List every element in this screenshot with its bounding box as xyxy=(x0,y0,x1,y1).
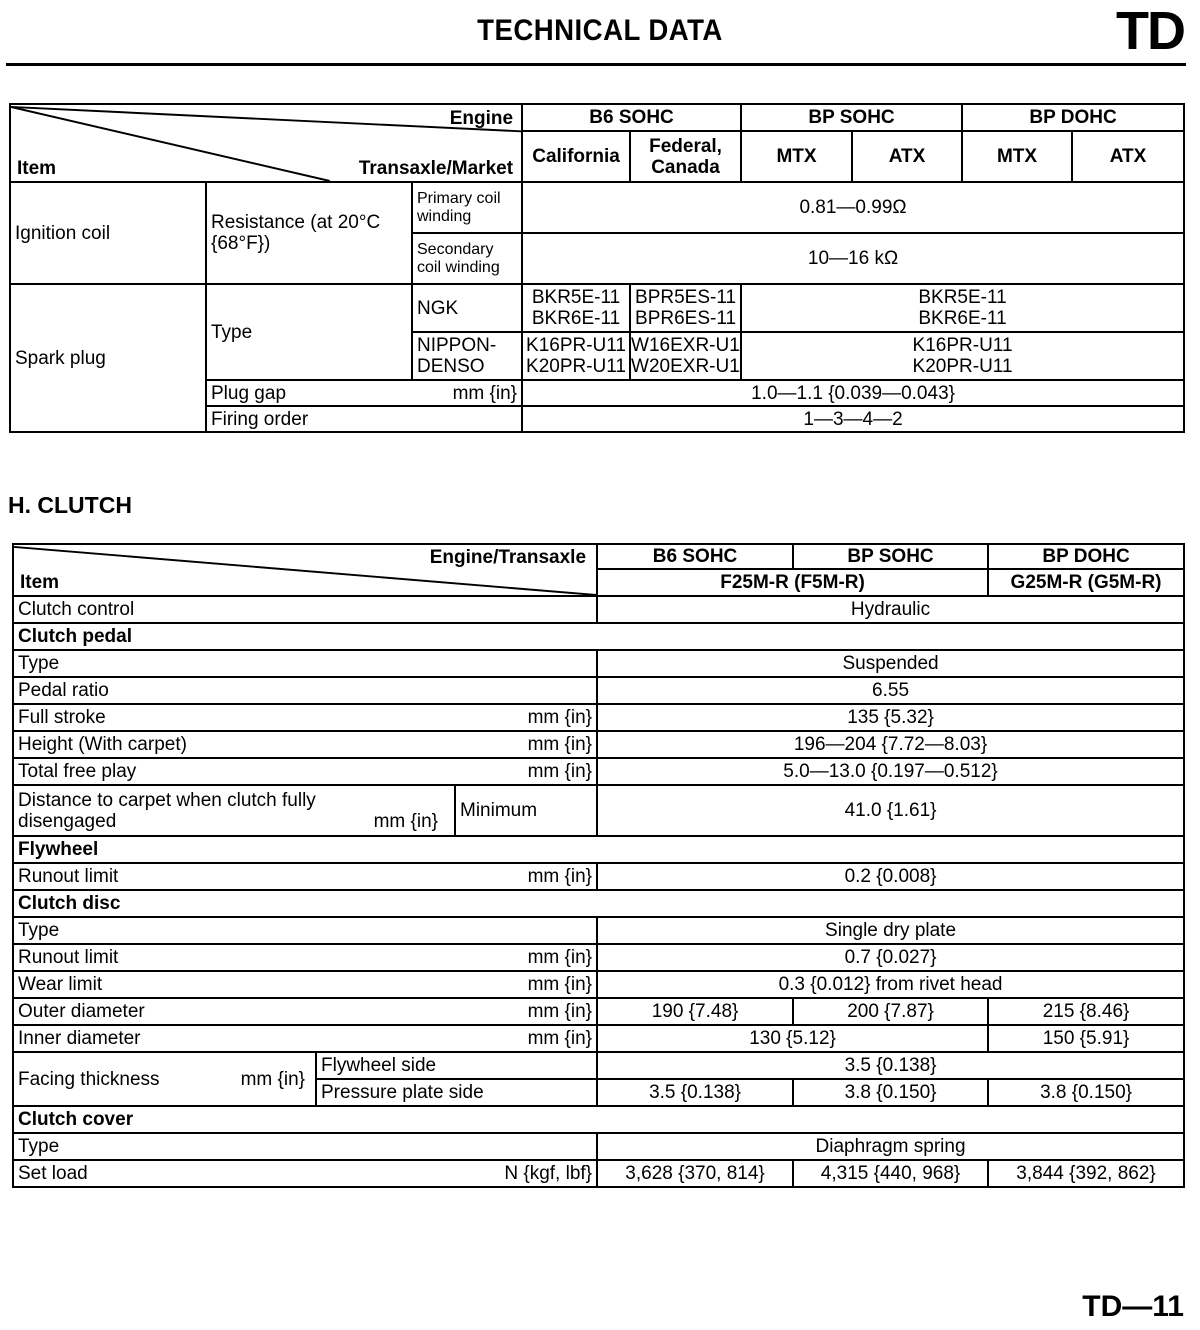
nd-california-cell: K16PR-U11K20PR-U11 xyxy=(522,332,630,380)
facing-pressure-bp-sohc: 3.8 {0.150} xyxy=(793,1079,988,1106)
clutch-table: Engine/Transaxle Item B6 SOHC BP SOHC BP… xyxy=(12,543,1185,1188)
engine-header-b6-sohc: B6 SOHC xyxy=(597,544,793,569)
table-corner-header: Engine Transaxle/Market Item xyxy=(10,104,522,182)
disc-runout-label: Runout limit xyxy=(18,947,118,968)
ngk-label: NGK xyxy=(412,284,522,332)
height-label: Height (With carpet) xyxy=(18,734,187,755)
clutch-corner-header: Engine/Transaxle Item xyxy=(13,544,597,596)
unit-label: N {kgf, lbf} xyxy=(504,1163,592,1184)
section-heading-clutch: H. CLUTCH xyxy=(8,492,132,519)
inner-diameter-dohc: 150 {5.91} xyxy=(988,1025,1184,1052)
distance-label-line1: Distance to carpet when clutch fully xyxy=(18,790,450,811)
unit-label: mm {in} xyxy=(528,1028,592,1049)
distance-minimum-label: Minimum xyxy=(455,785,597,836)
primary-coil-label: Primary coil winding xyxy=(412,182,522,233)
plug-code: W20EXR-U11 xyxy=(631,356,740,377)
pedal-ratio-value: 6.55 xyxy=(597,677,1184,704)
plug-code: K16PR-U11 xyxy=(746,335,1179,356)
unit-label: mm {in} xyxy=(241,1069,305,1090)
disc-type-label: Type xyxy=(13,917,597,944)
facing-flywheel-label: Flywheel side xyxy=(316,1052,597,1079)
unit-label: mm {in} xyxy=(374,811,438,832)
height-value: 196—204 {7.72—8.03} xyxy=(597,731,1184,758)
engine-header-bp-sohc: BP SOHC xyxy=(741,104,962,131)
distance-value: 41.0 {1.61} xyxy=(597,785,1184,836)
flywheel-runout-label-cell: Runout limitmm {in} xyxy=(13,863,597,890)
plug-code: BKR6E-11 xyxy=(746,308,1179,329)
engine-header-bp-sohc: BP SOHC xyxy=(793,544,988,569)
subsection-flywheel: Flywheel xyxy=(13,836,1184,863)
free-play-label-cell: Total free playmm {in} xyxy=(13,758,597,785)
spark-plug-label: Spark plug xyxy=(10,284,206,432)
wear-limit-label-cell: Wear limitmm {in} xyxy=(13,971,597,998)
transaxle-header-f25m: F25M-R (F5M-R) xyxy=(597,569,988,596)
distance-label-line2: disengaged xyxy=(18,811,116,832)
nippondenso-label: NIPPON-DENSO xyxy=(412,332,522,380)
unit-label: mm {in} xyxy=(528,707,592,728)
ignition-spark-table: Engine Transaxle/Market Item B6 SOHC BP … xyxy=(9,103,1185,433)
height-label-cell: Height (With carpet)mm {in} xyxy=(13,731,597,758)
plug-code: BPR5ES-11 xyxy=(631,287,740,308)
unit-label: mm {in} xyxy=(528,761,592,782)
pedal-type-label: Type xyxy=(13,650,597,677)
subsection-clutch-cover: Clutch cover xyxy=(13,1106,1184,1133)
flywheel-runout-label: Runout limit xyxy=(18,866,118,887)
full-stroke-label: Full stroke xyxy=(18,707,106,728)
cover-type-value: Diaphragm spring xyxy=(597,1133,1184,1160)
ngk-federal-cell: BPR5ES-11BPR6ES-11 xyxy=(630,284,741,332)
plug-code: BKR5E-11 xyxy=(746,287,1179,308)
unit-label: mm {in} xyxy=(528,947,592,968)
secondary-coil-value: 10—16 kΩ xyxy=(522,233,1184,284)
plug-code: BKR6E-11 xyxy=(523,308,629,329)
set-load-bp-dohc: 3,844 {392, 862} xyxy=(988,1160,1184,1187)
set-load-label-cell: Set loadN {kgf, lbf} xyxy=(13,1160,597,1187)
nd-federal-cell: W16EXR-U11W20EXR-U11 xyxy=(630,332,741,380)
corner-transaxle-label: Transaxle/Market xyxy=(359,158,513,179)
section-code: TD xyxy=(1116,0,1184,62)
outer-diameter-bp-dohc: 215 {8.46} xyxy=(988,998,1184,1025)
page-number: TD—11 xyxy=(1082,1290,1184,1324)
ignition-coil-label: Ignition coil xyxy=(10,182,206,284)
plug-code: K16PR-U11 xyxy=(523,335,629,356)
plug-code: BKR5E-11 xyxy=(523,287,629,308)
nd-bp-cell: K16PR-U11K20PR-U11 xyxy=(741,332,1184,380)
wear-limit-label: Wear limit xyxy=(18,974,102,995)
facing-pressure-b6: 3.5 {0.138} xyxy=(597,1079,793,1106)
corner-item-label: Item xyxy=(20,572,59,593)
facing-thickness-label: Facing thickness xyxy=(18,1069,160,1090)
unit-label: mm {in} xyxy=(528,1001,592,1022)
wear-limit-value: 0.3 {0.012} from rivet head xyxy=(597,971,1184,998)
outer-diameter-label-cell: Outer diametermm {in} xyxy=(13,998,597,1025)
outer-diameter-bp-sohc: 200 {7.87} xyxy=(793,998,988,1025)
inner-diameter-label: Inner diameter xyxy=(18,1028,141,1049)
clutch-control-value: Hydraulic xyxy=(597,596,1184,623)
plug-code: K20PR-U11 xyxy=(746,356,1179,377)
facing-pressure-label: Pressure plate side xyxy=(316,1079,597,1106)
distance-label-cell: Distance to carpet when clutch fully dis… xyxy=(13,785,455,836)
pedal-ratio-label: Pedal ratio xyxy=(13,677,597,704)
plug-gap-unit: mm {in} xyxy=(453,383,517,404)
cover-type-label: Type xyxy=(13,1133,597,1160)
page-title: TECHNICAL DATA xyxy=(48,14,1152,48)
plug-code: BPR6ES-11 xyxy=(631,308,740,329)
engine-header-bp-dohc: BP DOHC xyxy=(988,544,1184,569)
resistance-label: Resistance (at 20°C {68°F}) xyxy=(206,182,412,284)
column-header-bp-dohc-mtx: MTX xyxy=(962,131,1072,182)
facing-flywheel-value: 3.5 {0.138} xyxy=(597,1052,1184,1079)
set-load-bp-sohc: 4,315 {440, 968} xyxy=(793,1160,988,1187)
full-stroke-label-cell: Full strokemm {in} xyxy=(13,704,597,731)
engine-header-b6-sohc: B6 SOHC xyxy=(522,104,741,131)
free-play-value: 5.0—13.0 {0.197—0.512} xyxy=(597,758,1184,785)
facing-pressure-bp-dohc: 3.8 {0.150} xyxy=(988,1079,1184,1106)
spark-plug-type-label: Type xyxy=(206,284,412,380)
ngk-bp-cell: BKR5E-11BKR6E-11 xyxy=(741,284,1184,332)
pedal-type-value: Suspended xyxy=(597,650,1184,677)
transaxle-header-g25m: G25M-R (G5M-R) xyxy=(988,569,1184,596)
inner-diameter-label-cell: Inner diametermm {in} xyxy=(13,1025,597,1052)
outer-diameter-b6: 190 {7.48} xyxy=(597,998,793,1025)
facing-thickness-label-cell: Facing thicknessmm {in} xyxy=(13,1052,316,1106)
flywheel-runout-value: 0.2 {0.008} xyxy=(597,863,1184,890)
full-stroke-value: 135 {5.32} xyxy=(597,704,1184,731)
firing-order-label: Firing order xyxy=(206,406,522,432)
clutch-control-label: Clutch control xyxy=(13,596,597,623)
column-header-california: California xyxy=(522,131,630,182)
corner-item-label: Item xyxy=(17,158,56,179)
inner-diameter-sohc: 130 {5.12} xyxy=(597,1025,988,1052)
unit-label: mm {in} xyxy=(528,866,592,887)
unit-label: mm {in} xyxy=(528,734,592,755)
plug-gap-label: Plug gap xyxy=(211,383,286,404)
engine-header-bp-dohc: BP DOHC xyxy=(962,104,1184,131)
set-load-b6: 3,628 {370, 814} xyxy=(597,1160,793,1187)
plug-gap-value: 1.0—1.1 {0.039—0.043} xyxy=(522,380,1184,406)
free-play-label: Total free play xyxy=(18,761,136,782)
set-load-label: Set load xyxy=(18,1163,88,1184)
secondary-coil-label: Secondary coil winding xyxy=(412,233,522,284)
ngk-california-cell: BKR5E-11BKR6E-11 xyxy=(522,284,630,332)
column-header-bp-sohc-atx: ATX xyxy=(852,131,962,182)
corner-engine-transaxle-label: Engine/Transaxle xyxy=(430,547,586,568)
disc-runout-value: 0.7 {0.027} xyxy=(597,944,1184,971)
outer-diameter-label: Outer diameter xyxy=(18,1001,145,1022)
unit-label: mm {in} xyxy=(528,974,592,995)
header-divider xyxy=(6,63,1186,66)
plug-code: K20PR-U11 xyxy=(523,356,629,377)
plug-gap-label-cell: Plug gapmm {in} xyxy=(206,380,522,406)
column-header-bp-sohc-mtx: MTX xyxy=(741,131,852,182)
primary-coil-value: 0.81—0.99Ω xyxy=(522,182,1184,233)
disc-runout-label-cell: Runout limitmm {in} xyxy=(13,944,597,971)
disc-type-value: Single dry plate xyxy=(597,917,1184,944)
column-header-bp-dohc-atx: ATX xyxy=(1072,131,1184,182)
plug-code: W16EXR-U11 xyxy=(631,335,740,356)
corner-engine-label: Engine xyxy=(450,108,513,129)
subsection-clutch-pedal: Clutch pedal xyxy=(13,623,1184,650)
firing-order-value: 1—3—4—2 xyxy=(522,406,1184,432)
column-header-federal-canada: Federal, Canada xyxy=(630,131,741,182)
subsection-clutch-disc: Clutch disc xyxy=(13,890,1184,917)
